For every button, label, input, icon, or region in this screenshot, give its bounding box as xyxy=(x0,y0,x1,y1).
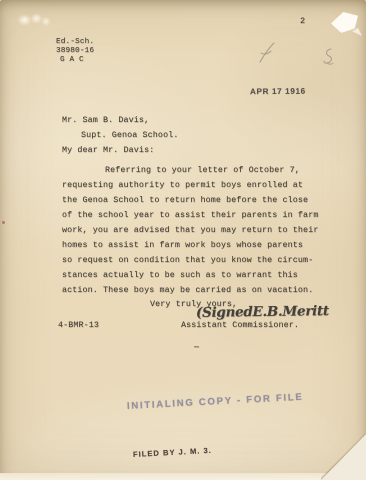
signed-label: (Signed xyxy=(196,304,253,321)
scan-backing-strip xyxy=(0,473,366,480)
file-reference-block: Ed.-Sch. 38980-16 G A C xyxy=(56,38,94,66)
letter-page: 2 Ed.-Sch. 38980-16 G A C APR 17 1916 Mr… xyxy=(0,0,366,480)
initialing-copy-stamp: INITIALING COPY - FOR FILE xyxy=(127,392,304,412)
salutation: My dear Mr. Davis: xyxy=(62,146,154,155)
paper-speck xyxy=(2,221,5,224)
separator-dash: — xyxy=(194,343,198,352)
torn-paper-chip xyxy=(331,12,358,33)
signature-stamp: (SignedE.B.Meritt xyxy=(196,303,329,321)
date-received-stamp: APR 17 1916 xyxy=(250,87,306,96)
body-line: of the school year to assist their paren… xyxy=(62,208,318,223)
paper-crease-damage xyxy=(16,13,50,27)
file-reference-line: Ed.-Sch. xyxy=(56,38,94,47)
body-line: stances actually to be such as to warran… xyxy=(62,268,318,283)
letter-body: Referring to your letter of October 7, r… xyxy=(62,163,318,298)
page-number: 2 xyxy=(300,16,305,26)
body-line: requesting authority to permit boys enro… xyxy=(62,178,318,193)
body-line: so request on condition that you know th… xyxy=(62,253,318,268)
body-line: homes to assist in farm work boys whose … xyxy=(62,238,318,253)
file-reference-line: G A C xyxy=(56,56,94,65)
pencil-check-mark xyxy=(257,41,279,65)
recipient-name: Mr. Sam B. Davis, xyxy=(62,116,149,125)
torn-paper-chip xyxy=(352,28,362,36)
recipient-title: Supt. Genoa School. xyxy=(81,131,178,140)
filed-by-stamp: FILED BY J. M. 3. xyxy=(133,446,212,459)
body-line: Referring to your letter of October 7, xyxy=(62,163,318,178)
pencil-initial-mark xyxy=(321,47,335,66)
body-line: the Genoa School to return home before t… xyxy=(62,193,318,208)
signer-title: Assistant Commissioner. xyxy=(181,321,299,330)
file-code: 4-BMR-13 xyxy=(58,321,99,330)
body-line: action. These boys may be carried as on … xyxy=(62,283,318,298)
body-line: work, you are advised that you may retur… xyxy=(62,223,318,238)
signature-name: E.B.Meritt xyxy=(252,303,329,320)
